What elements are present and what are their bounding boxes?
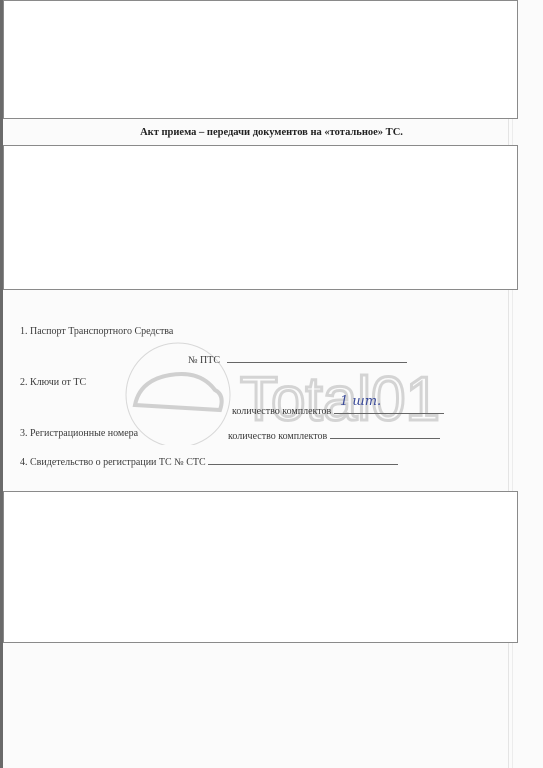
document-title: Акт приема – передачи документов на «тот…: [0, 127, 543, 138]
pts-field: № ПТС: [188, 352, 407, 366]
item-sts: 4. Свидетельство о регистрации ТС № СТС: [20, 454, 398, 468]
item-keys: 2. Ключи от ТС: [20, 377, 86, 388]
plates-count-blank[interactable]: [330, 428, 440, 439]
pts-label: № ПТС: [188, 355, 220, 366]
keys-count-handwritten: 1 шт.: [340, 394, 381, 409]
redacted-block-header: [3, 0, 518, 119]
sts-number-blank[interactable]: [208, 454, 398, 465]
keys-count-field: количество комплектов: [232, 403, 444, 417]
item-passport: 1. Паспорт Транспортного Средства: [20, 326, 173, 337]
plates-count-field: количество комплектов: [228, 428, 440, 442]
item-plates: 3. Регистрационные номера: [20, 428, 138, 439]
redacted-block-signatures: [3, 491, 518, 643]
redacted-block-parties: [3, 145, 518, 290]
pts-number-blank[interactable]: [227, 352, 407, 363]
plates-count-label: количество комплектов: [228, 431, 327, 442]
sts-label: 4. Свидетельство о регистрации ТС № СТС: [20, 457, 206, 468]
keys-count-label: количество комплектов: [232, 406, 331, 417]
